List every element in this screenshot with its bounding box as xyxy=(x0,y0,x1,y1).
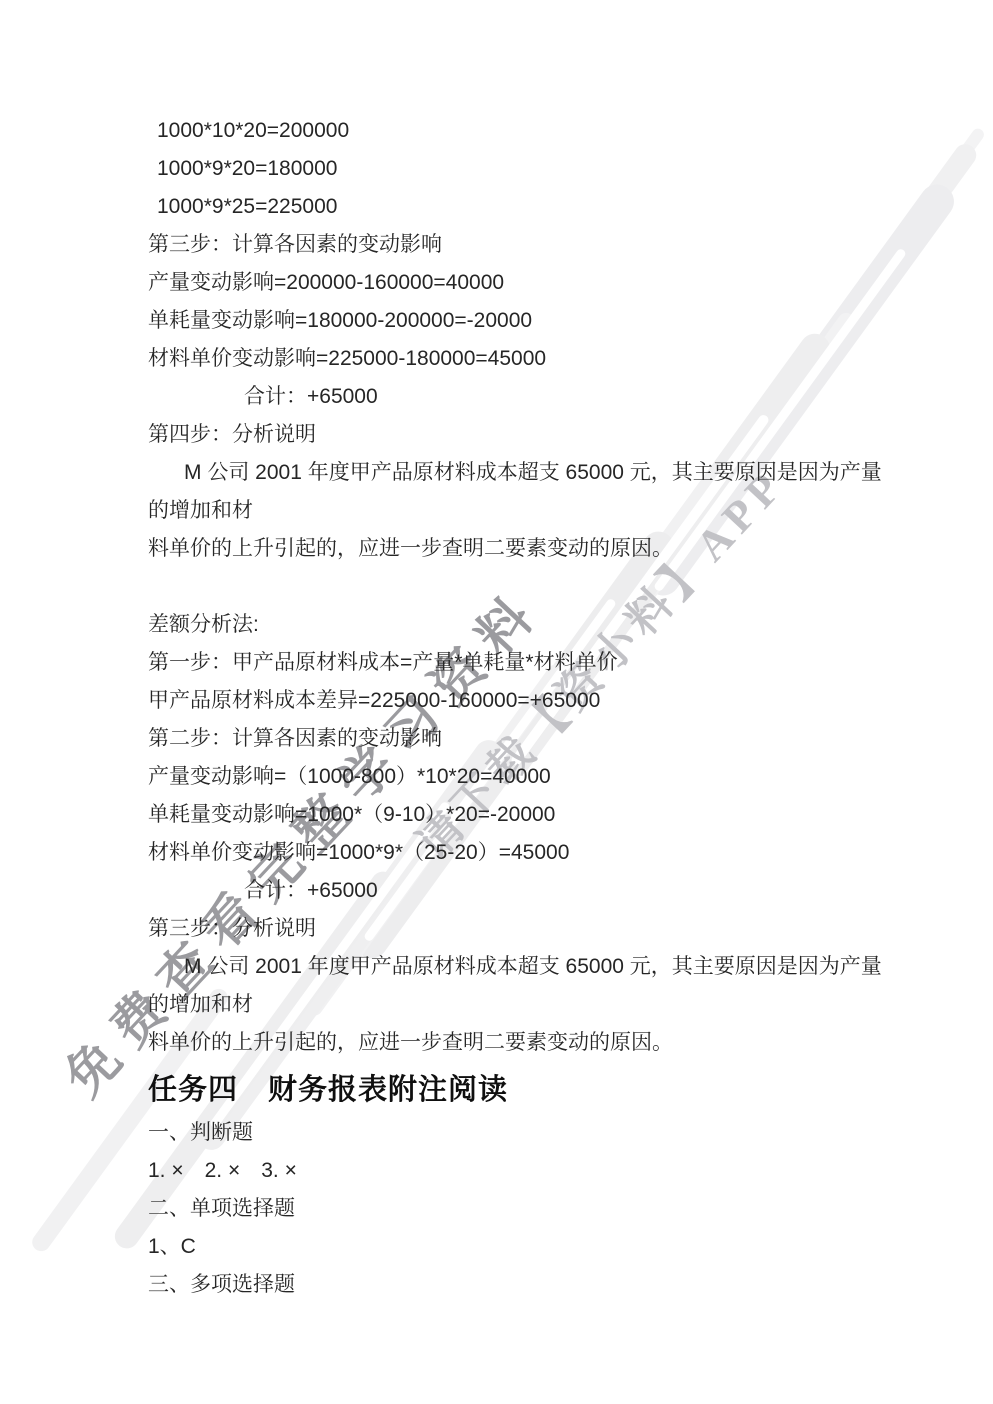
text-line: 1. × 2. × 3. × xyxy=(148,1152,890,1190)
text-line: 1000*9*25=225000 xyxy=(148,188,890,226)
text-line: 产量变动影响=200000-160000=40000 xyxy=(148,264,890,302)
text-line: 1000*10*20=200000 xyxy=(148,112,890,150)
text-line: 单耗量变动影响=180000-200000=-20000 xyxy=(148,302,890,340)
text-line: 1、C xyxy=(148,1228,890,1266)
text-line: M 公司 2001 年度甲产品原材料成本超支 65000 元，其主要原因是因为产… xyxy=(148,948,890,1024)
text-line: 第四步：分析说明 xyxy=(148,416,890,454)
text-line: 材料单价变动影响=225000-180000=45000 xyxy=(148,340,890,378)
text-line: 第一步：甲产品原材料成本=产量*单耗量*材料单价 xyxy=(148,644,890,682)
text-line: 甲产品原材料成本差异=225000-160000=+65000 xyxy=(148,682,890,720)
text-line: 三、多项选择题 xyxy=(148,1266,890,1304)
text-line: M 公司 2001 年度甲产品原材料成本超支 65000 元，其主要原因是因为产… xyxy=(148,454,890,530)
text-line: 料单价的上升引起的，应进一步查明二要素变动的原因。 xyxy=(148,1024,890,1062)
text-line xyxy=(148,568,890,606)
text-line: 材料单价变动影响=1000*9*（25-20）=45000 xyxy=(148,834,890,872)
section-heading: 任务四 财务报表附注阅读 xyxy=(148,1062,890,1114)
text-line: 合计：+65000 xyxy=(148,378,890,416)
text-line: 二、单项选择题 xyxy=(148,1190,890,1228)
text-line: 第三步：计算各因素的变动影响 xyxy=(148,226,890,264)
text-line: 一、判断题 xyxy=(148,1114,890,1152)
document-page: 免费查看完整学习资料 请下载【资小料】APP 1000*10*20=200000… xyxy=(0,0,993,1404)
text-line: 第二步：计算各因素的变动影响 xyxy=(148,720,890,758)
text-line: 差额分析法: xyxy=(148,606,890,644)
text-line: 单耗量变动影响=1000*（9-10）*20=-20000 xyxy=(148,796,890,834)
document-content: 1000*10*20=2000001000*9*20=1800001000*9*… xyxy=(148,112,890,1304)
text-line: 料单价的上升引起的，应进一步查明二要素变动的原因。 xyxy=(148,530,890,568)
text-line: 产量变动影响=（1000-800）*10*20=40000 xyxy=(148,758,890,796)
text-line: 1000*9*20=180000 xyxy=(148,150,890,188)
text-line: 合计：+65000 xyxy=(148,872,890,910)
text-line: 第三步：分析说明 xyxy=(148,910,890,948)
